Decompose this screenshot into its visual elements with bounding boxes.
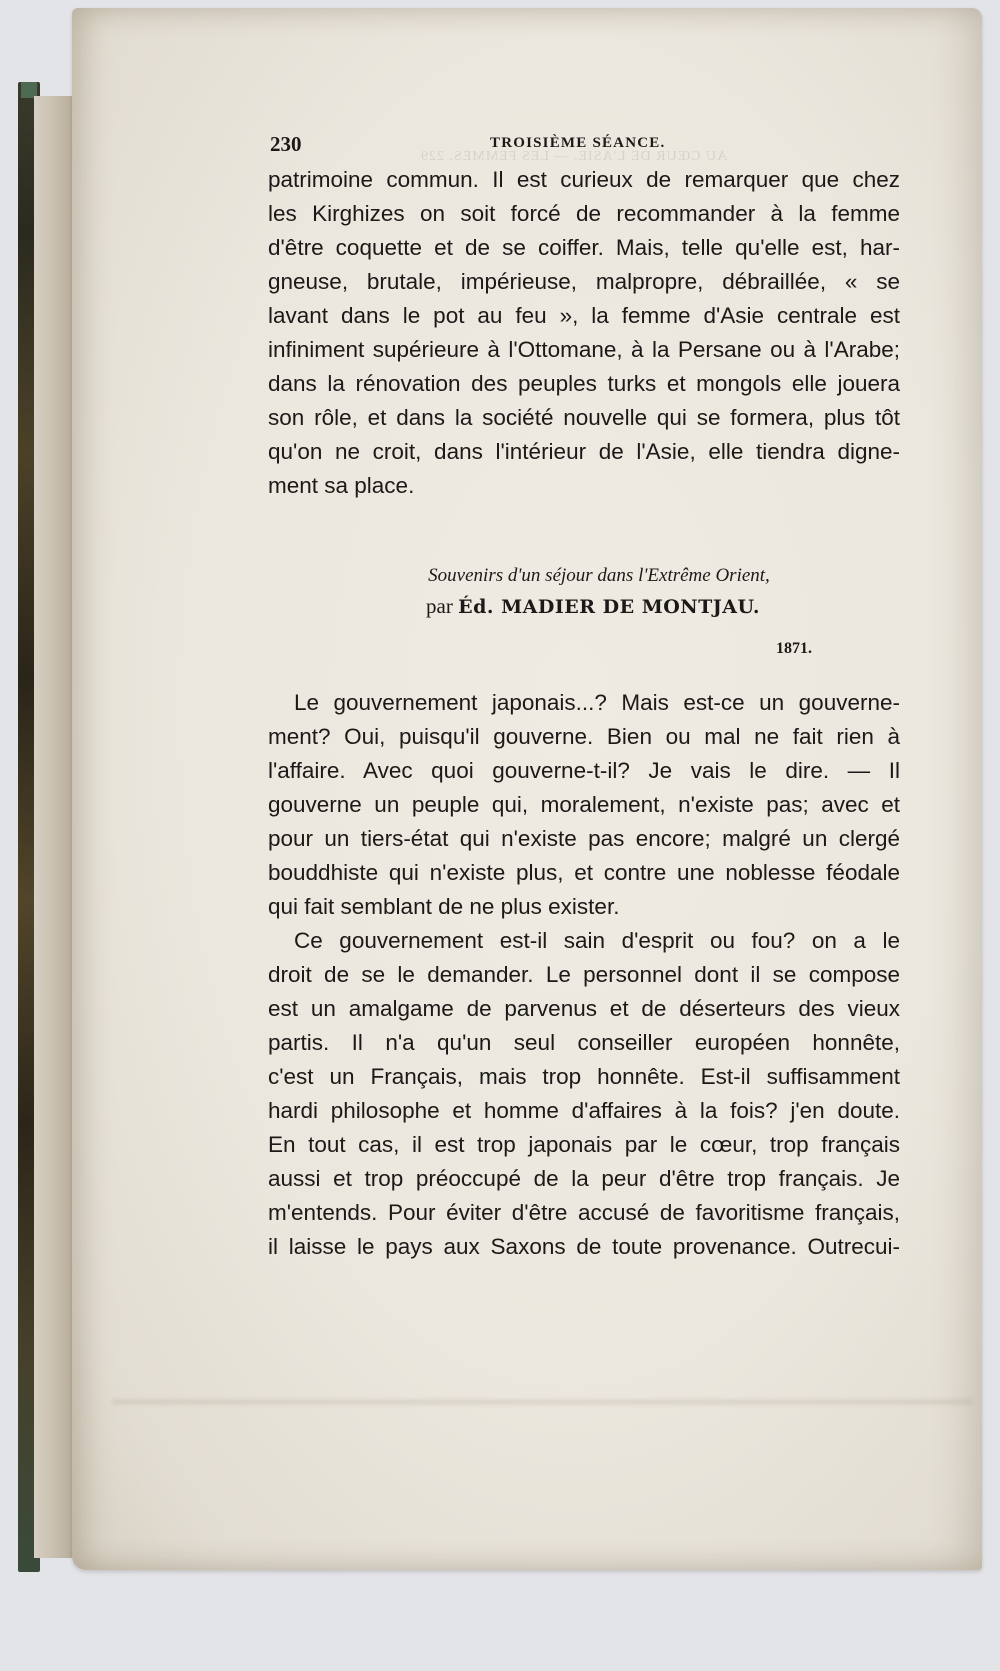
running-title: TROISIÈME SÉANCE. xyxy=(490,135,665,152)
source-title: Souvenirs d'un séjour dans l'Extrême Ori… xyxy=(268,561,900,591)
text-line: partis. Il n'a qu'un seul conseiller eur… xyxy=(268,1026,900,1060)
text-line: infiniment supérieure à l'Ottomane, à la… xyxy=(268,333,900,367)
paragraph-3: Ce gouvernement est-il sain d'esprit ou … xyxy=(268,924,900,1264)
page-header: 230 TROISIÈME SÉANCE. xyxy=(268,127,900,163)
text-line: est un amalgame de parvenus et de désert… xyxy=(268,992,900,1026)
text-line: Le gouvernement japonais...? Mais est-ce… xyxy=(268,686,900,720)
author-name: Éd. MADIER DE MONTJAU. xyxy=(458,596,760,618)
text-line: aussi et trop préoccupé de la peur d'êtr… xyxy=(268,1162,900,1196)
text-line: d'être coquette et de se coiffer. Mais, … xyxy=(268,231,900,265)
page-number: 230 xyxy=(270,132,302,157)
text-line: les Kirghizes on soit forcé de recommand… xyxy=(268,197,900,231)
section-year: 1871. xyxy=(268,640,900,670)
text-line: lavant dans le pot au feu », la femme d'… xyxy=(268,299,900,333)
text-line: Ce gouvernement est-il sain d'esprit ou … xyxy=(268,924,900,958)
text-line: il laisse le pays aux Saxons de toute pr… xyxy=(268,1230,900,1264)
text-line: gneuse, brutale, impérieuse, malpropre, … xyxy=(268,265,900,299)
text-line: patrimoine commun. Il est curieux de rem… xyxy=(268,163,900,197)
text-line: droit de se le demander. Le personnel do… xyxy=(268,958,900,992)
text-line: pour un tiers-état qui n'existe pas enco… xyxy=(268,822,900,856)
text-line: hardi philosophe et homme d'affaires à l… xyxy=(268,1094,900,1128)
text-line: c'est un Français, mais trop honnête. Es… xyxy=(268,1060,900,1094)
paragraph-1: patrimoine commun. Il est curieux de rem… xyxy=(268,163,900,503)
text-line: l'affaire. Avec quoi gouverne-t-il? Je v… xyxy=(268,754,900,788)
text-line: son rôle, et dans la société nouvelle qu… xyxy=(268,401,900,435)
text-line: ment? Oui, puisqu'il gouverne. Bien ou m… xyxy=(268,720,900,754)
text-line: m'entends. Pour éviter d'être accusé de … xyxy=(268,1196,900,1230)
text-line: dans la rénovation des peuples turks et … xyxy=(268,367,900,401)
author-line: par Éd. MADIER DE MONTJAU. xyxy=(268,591,900,622)
paragraph-2: Le gouvernement japonais...? Mais est-ce… xyxy=(268,686,900,924)
text-line: gouverne un peuple qui, moralement, n'ex… xyxy=(268,788,900,822)
section-heading: Souvenirs d'un séjour dans l'Extrême Ori… xyxy=(268,561,900,622)
text-line: qui fait semblant de ne plus exister. xyxy=(268,890,900,924)
text-line: En tout cas, il est trop japonais par le… xyxy=(268,1128,900,1162)
text-line: bouddhiste qui n'existe plus, et contre … xyxy=(268,856,900,890)
text-line: qu'on ne croit, dans l'intérieur de l'As… xyxy=(268,435,900,469)
page-text: 230 TROISIÈME SÉANCE. patrimoine commun.… xyxy=(268,127,900,1264)
text-line: ment sa place. xyxy=(268,469,900,503)
author-prefix: par xyxy=(426,594,453,618)
